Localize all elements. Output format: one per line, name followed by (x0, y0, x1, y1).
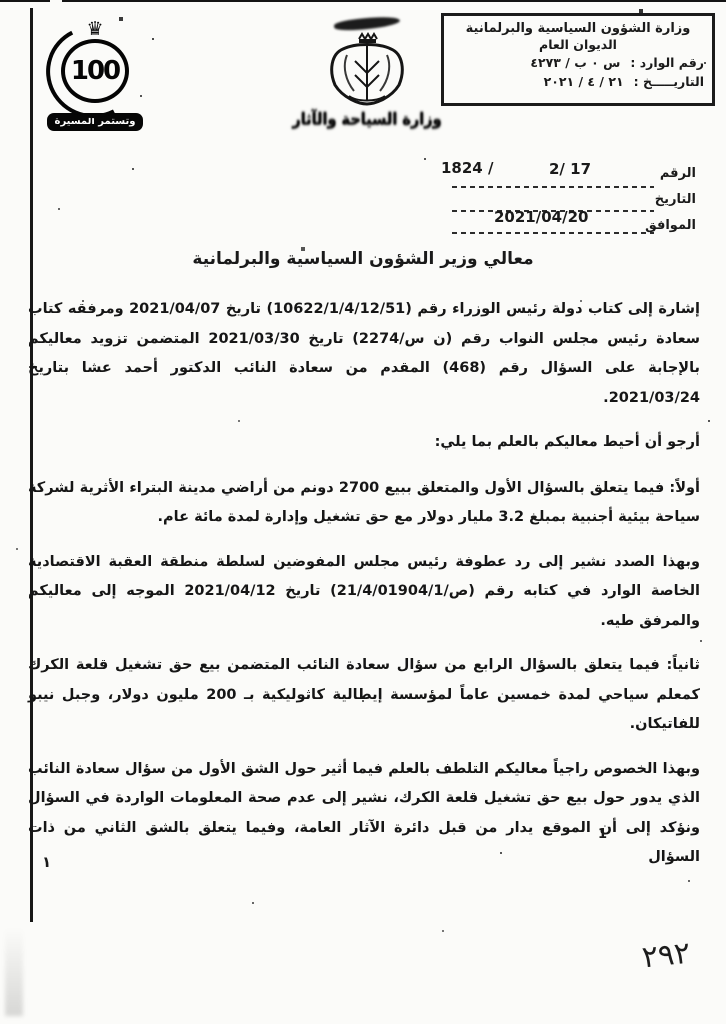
stamp-ministry-name: وزارة الشؤون السياسية والبرلمانية (452, 20, 704, 37)
ref-number-value2: 2/ 17 (549, 160, 591, 178)
centennial-number: 100 (71, 56, 119, 86)
scan-edge-line (0, 0, 50, 2)
ref-number-label: الرقم (660, 166, 696, 181)
scan-noise (0, 0, 2, 2)
ref-number-value: 1824 / (441, 159, 493, 177)
scan-smudge (5, 928, 23, 1016)
ink-smudge (334, 15, 401, 33)
letter-paragraph: وبهذا الصدد نشير إلى رد عطوفة رئيس مجلس … (28, 548, 700, 637)
handwritten-number: ٢٩٢ (640, 936, 692, 976)
stamp-date-value: ٢١ / ٤ / ٢٠٢١ (544, 72, 624, 91)
jordan-centennial-logo: ♛ 100 وتستمر المسيرة (36, 20, 154, 131)
stamp-incoming-label: رقم الوارد : (630, 53, 704, 72)
ref-corresponding-value: 2021/04/20 (494, 208, 588, 226)
centennial-circle: 100 (61, 39, 129, 103)
ref-dotted-line (452, 232, 654, 234)
letter-paragraph: أرجو أن أحيط معاليكم بالعلم بما يلي: (28, 428, 700, 458)
ref-dotted-line (452, 186, 654, 188)
royal-crest-icon (321, 31, 413, 107)
stamp-date-label: التاريـــــخ : (634, 72, 704, 91)
scanned-letter-page: ♛ 100 وتستمر المسيرة وزارة السياحة والآث… (0, 0, 726, 1024)
stamp-diwan-name: الديوان العام (452, 37, 704, 53)
letter-body: إشارة إلى كتاب دولة رئيس الوزراء رقم (10… (28, 295, 700, 888)
letter-addressee: معالي وزير الشؤون السياسية والبرلمانية (0, 249, 726, 269)
ref-date-label: التاريخ (655, 192, 696, 207)
letter-paragraph: وبهذا الخصوص راجياً معاليكم التلطف بالعل… (28, 755, 700, 873)
coat-of-arms: وزارة السياحة والآثار (290, 18, 444, 128)
stray-pen-mark: ١ (42, 853, 51, 871)
ref-corresponding-label: الموافق (645, 218, 696, 233)
ministry-name-smudged: وزارة السياحة والآثار (290, 111, 444, 129)
letter-paragraph: أولاً: فيما يتعلق بالسؤال الأول والمتعلق… (28, 474, 700, 533)
registry-stamp-box: وزارة الشؤون السياسية والبرلمانية الديوا… (441, 13, 715, 106)
scan-edge-line (62, 0, 726, 2)
page-number: 1 (598, 827, 607, 842)
letter-paragraph: ثانياً: فيما يتعلق بالسؤال الرابع من سؤا… (28, 651, 700, 740)
stamp-incoming-value: س ٠ ب / ٤٢٧٣ (530, 53, 620, 72)
letter-paragraph: إشارة إلى كتاب دولة رئيس الوزراء رقم (10… (28, 295, 700, 413)
